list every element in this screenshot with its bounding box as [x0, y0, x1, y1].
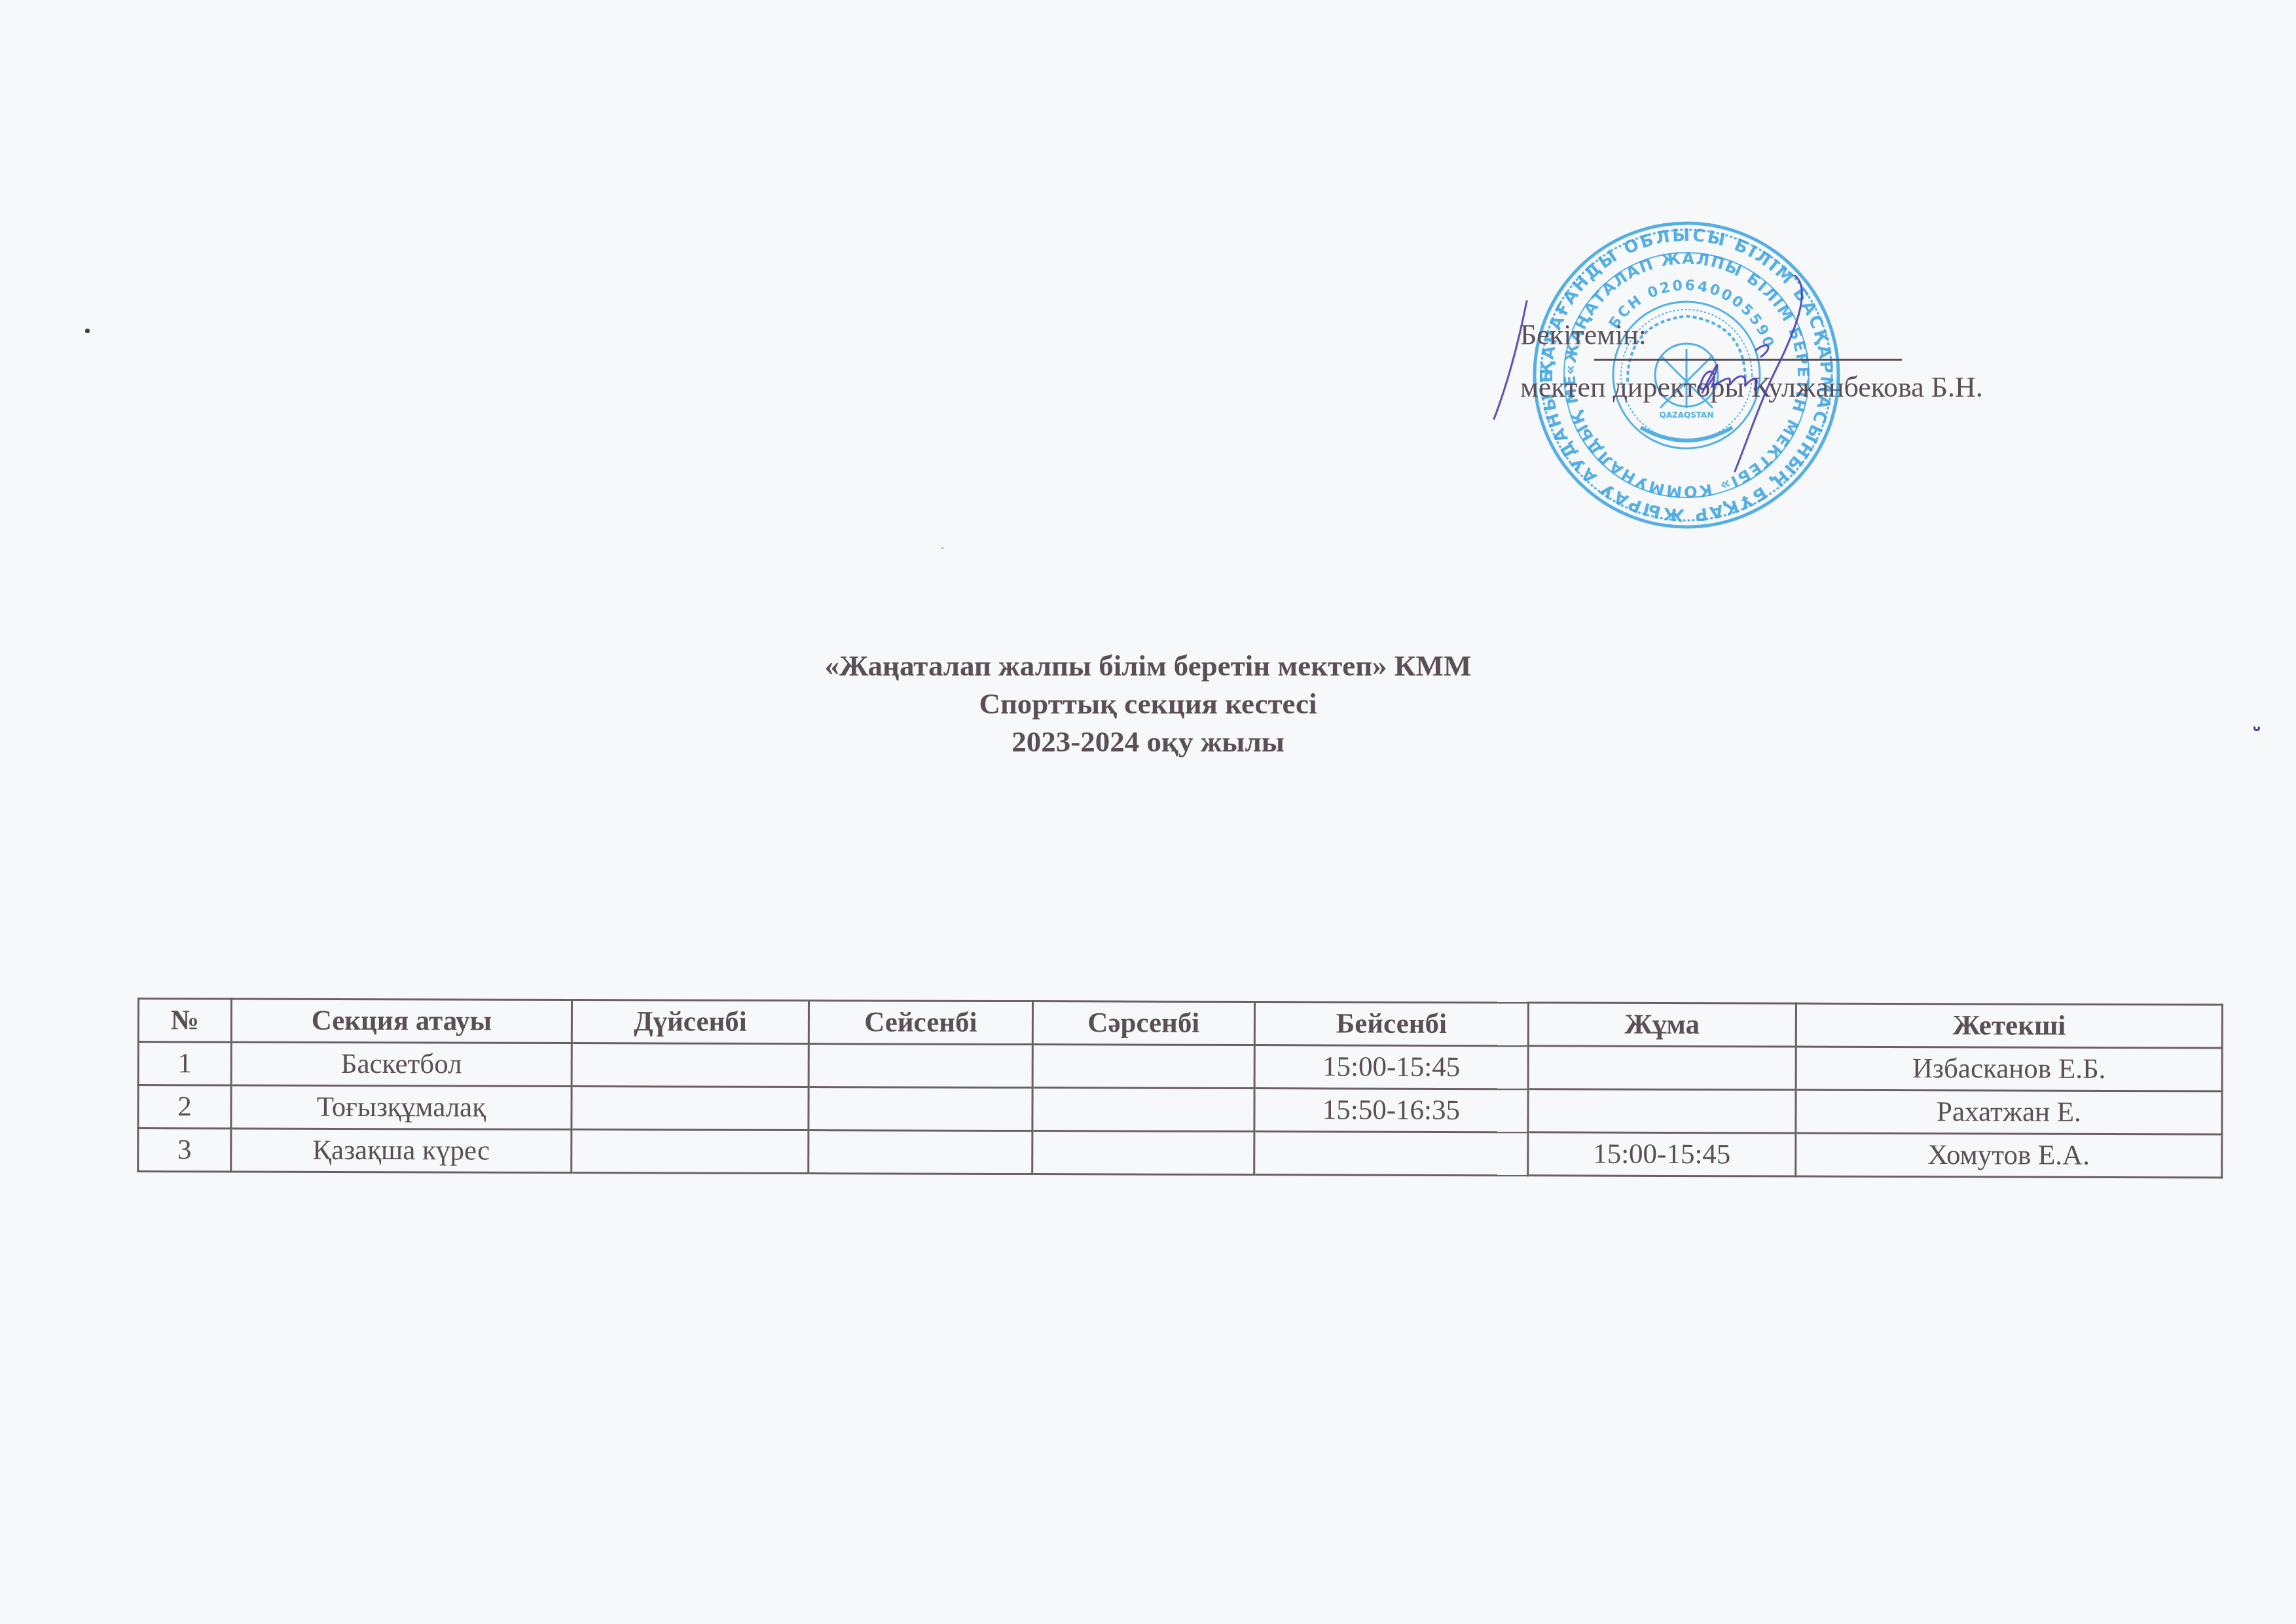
cell-monday: [572, 1043, 809, 1087]
table-row: 2 Тоғызқұмалақ 15:50-16:35 Рахатжан Е.: [138, 1085, 2222, 1134]
title-schedule: Спорттық секция кестесі: [0, 685, 2296, 723]
header-friday: Жұма: [1528, 1003, 1796, 1047]
cell-friday: 15:00-15:45: [1528, 1132, 1796, 1176]
header-thursday: Бейсенбі: [1254, 1002, 1528, 1046]
title-school: «Жаңаталап жалпы білім беретін мектеп» К…: [0, 647, 2296, 685]
cell-number: 2: [138, 1085, 231, 1128]
cell-section-name: Тоғызқұмалақ: [231, 1085, 572, 1130]
scan-speck: [85, 329, 90, 333]
cell-tuesday: [809, 1087, 1032, 1131]
header-number: №: [138, 999, 231, 1042]
signature-icon: [1486, 275, 1853, 491]
title-year: 2023-2024 оқу жылы: [0, 723, 2296, 761]
cell-section-name: Баскетбол: [231, 1042, 572, 1087]
document-title: «Жаңаталап жалпы білім беретін мектеп» К…: [0, 647, 2296, 761]
cell-friday: [1528, 1046, 1796, 1090]
cell-section-name: Қазақша күрес: [231, 1128, 572, 1173]
cell-monday: [572, 1129, 809, 1173]
scan-speck: [941, 547, 943, 549]
header-wednesday: Сәрсенбі: [1032, 1001, 1254, 1045]
cell-friday: [1528, 1089, 1796, 1133]
cell-tuesday: [809, 1130, 1032, 1174]
cell-instructor: Рахатжан Е.: [1796, 1090, 2222, 1134]
header-instructor: Жетекші: [1796, 1003, 2222, 1048]
cell-instructor: Избасканов Е.Б.: [1796, 1047, 2222, 1091]
table-row: 1 Баскетбол 15:00-15:45 Избасканов Е.Б.: [138, 1042, 2222, 1091]
cell-number: 3: [138, 1128, 231, 1172]
header-monday: Дүйсенбі: [572, 1000, 809, 1043]
sports-section-schedule-table: № Секция атауы Дүйсенбі Сейсенбі Сәрсенб…: [137, 998, 2223, 1178]
header-tuesday: Сейсенбі: [809, 1001, 1032, 1045]
cell-wednesday: [1032, 1131, 1254, 1175]
cell-tuesday: [809, 1044, 1032, 1088]
cell-monday: [572, 1086, 809, 1130]
cell-wednesday: [1032, 1045, 1254, 1089]
table-header-row: № Секция атауы Дүйсенбі Сейсенбі Сәрсенб…: [138, 999, 2222, 1048]
cell-number: 1: [138, 1042, 231, 1085]
cell-wednesday: [1032, 1088, 1254, 1132]
cell-instructor: Хомутов Е.А.: [1796, 1133, 2222, 1178]
cell-thursday: 15:00-15:45: [1254, 1045, 1528, 1089]
table-row: 3 Қазақша күрес 15:00-15:45 Хомутов Е.А.: [138, 1128, 2222, 1178]
cell-thursday: [1254, 1132, 1528, 1176]
header-section-name: Секция атауы: [231, 999, 572, 1043]
cell-thursday: 15:50-16:35: [1254, 1089, 1528, 1132]
